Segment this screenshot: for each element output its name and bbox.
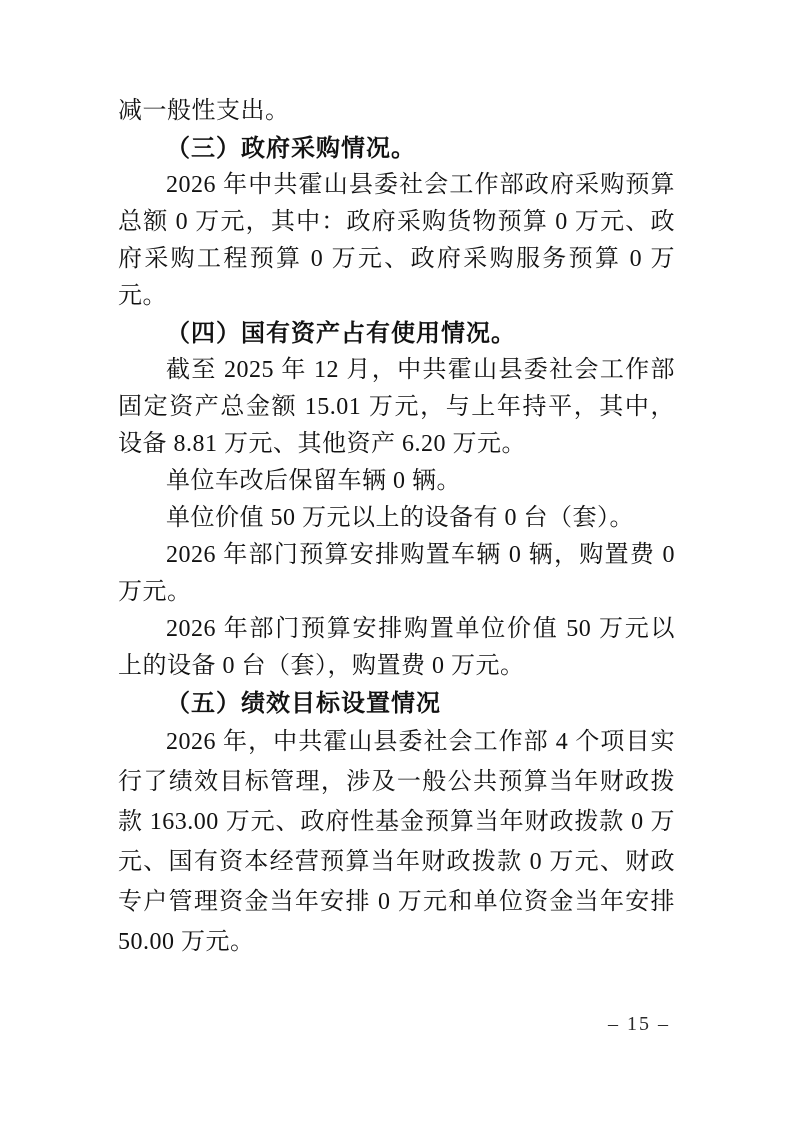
paragraph-fixed-assets: 截至 2025 年 12 月，中共霍山县委社会工作部固定资产总金额 15.01 … — [118, 352, 675, 463]
page-footer: – 15 – — [608, 1010, 670, 1038]
paragraph-vehicle-purchase-budget: 2026 年部门预算安排购置车辆 0 辆，购置费 0 万元。 — [118, 537, 675, 611]
page-number: – 15 – — [608, 1013, 670, 1035]
paragraph-procurement-budget: 2026 年中共霍山县委社会工作部政府采购预算总额 0 万元，其中：政府采购货物… — [118, 167, 675, 315]
section-heading-performance-targets: （五）绩效目标设置情况 — [118, 685, 675, 722]
section-heading-state-assets: （四）国有资产占有使用情况。 — [118, 315, 675, 352]
paragraph-performance-target-management: 2026 年，中共霍山县委社会工作部 4 个项目实行了绩效目标管理，涉及一般公共… — [118, 722, 675, 962]
section-heading-government-procurement: （三）政府采购情况。 — [118, 130, 675, 167]
document-page: 减一般性支出。 （三）政府采购情况。 2026 年中共霍山县委社会工作部政府采购… — [0, 0, 793, 1122]
paragraph-reduce-general-expenditure: 减一般性支出。 — [118, 93, 675, 130]
paragraph-retained-vehicles: 单位车改后保留车辆 0 辆。 — [118, 463, 675, 500]
paragraph-equipment-over-500k: 单位价值 50 万元以上的设备有 0 台（套）。 — [118, 500, 675, 537]
paragraph-equipment-purchase-budget: 2026 年部门预算安排购置单位价值 50 万元以上的设备 0 台（套），购置费… — [118, 611, 675, 685]
page-body: 减一般性支出。 （三）政府采购情况。 2026 年中共霍山县委社会工作部政府采购… — [118, 93, 675, 962]
